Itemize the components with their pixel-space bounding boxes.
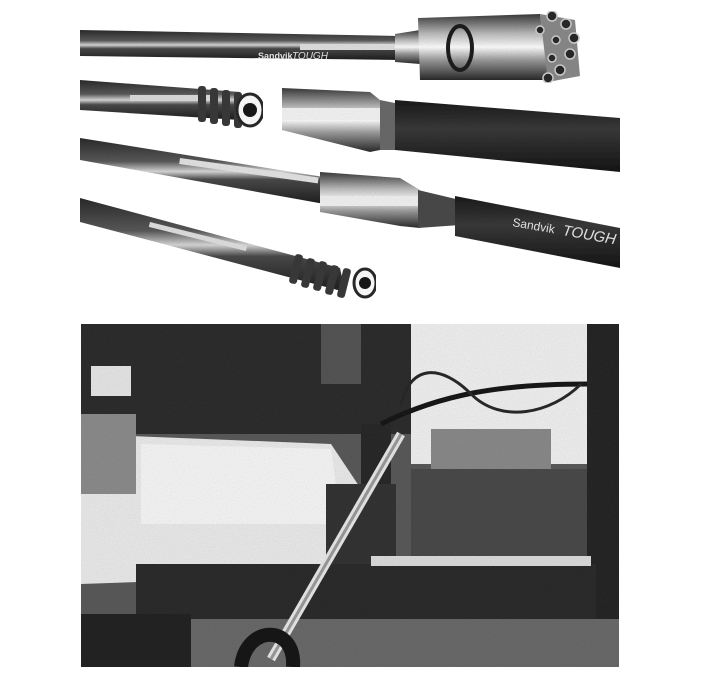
rod-product-label: TOUGH	[292, 51, 329, 62]
machine-cylinder	[91, 366, 131, 396]
horizontal-beam	[136, 564, 596, 619]
coupling-and-tube	[282, 88, 620, 172]
drill-rods-illustration: Sandvik TOUGH	[0, 0, 701, 310]
rod-with-drill-bit: Sandvik TOUGH	[80, 11, 580, 83]
test-rig-illustration	[81, 324, 619, 667]
drill-rods-photo: Sandvik TOUGH	[0, 0, 701, 310]
test-rig-photo	[81, 324, 619, 667]
threaded-rod-end	[80, 80, 263, 128]
rod-brand-label: Sandvik	[258, 51, 294, 61]
